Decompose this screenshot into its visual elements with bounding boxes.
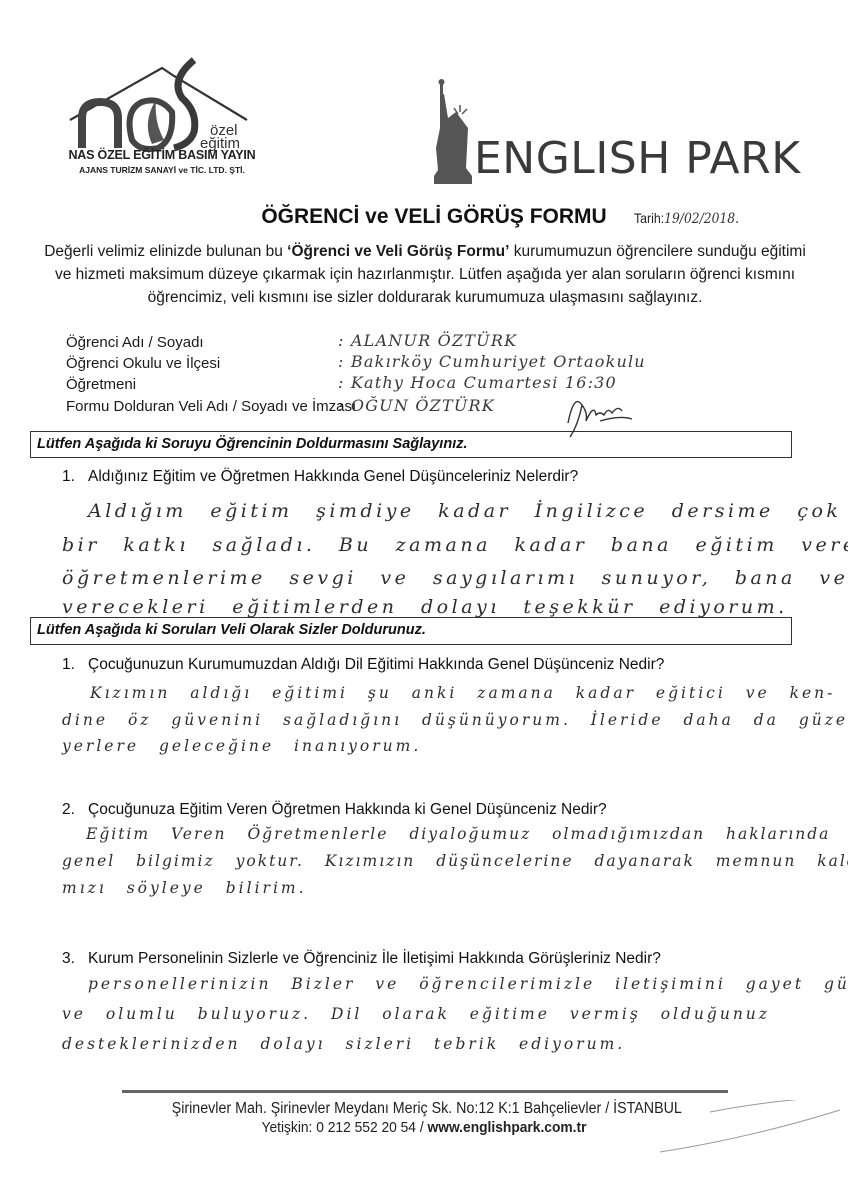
student-name-label: Öğrenci Adı / Soyadı bbox=[66, 334, 204, 351]
footer-divider bbox=[122, 1090, 728, 1093]
student-question-1: 1.Aldığınız Eğitim ve Öğretmen Hakkında … bbox=[62, 468, 578, 486]
question-text: Çocuğunuza Eğitim Veren Öğretmen Hakkınd… bbox=[88, 801, 607, 818]
date-value: 19/02/2018. bbox=[664, 211, 739, 227]
question-number: 1. bbox=[62, 468, 88, 486]
parent-answer-line: genel bilgimiz yoktur. Kızımızın düşünce… bbox=[62, 852, 802, 870]
student-answer-line: öğretmenlerime sevgi ve saygılarımı sunu… bbox=[62, 567, 802, 589]
student-name-value: : ALANUR ÖZTÜRK bbox=[338, 331, 517, 350]
company-subtitle: AJANS TURİZM SANAYİ ve TİC. LTD. ŞTİ. bbox=[62, 165, 262, 175]
parent-answer-line: desteklerinizden dolayı sizleri tebrik e… bbox=[62, 1035, 802, 1053]
student-school-value: : Bakırköy Cumhuriyet Ortaokulu bbox=[338, 352, 646, 371]
question-number: 2. bbox=[62, 801, 88, 819]
parent-question-2: 2.Çocuğunuza Eğitim Veren Öğretmen Hakkı… bbox=[62, 801, 607, 819]
company-name: NAS ÖZEL EĞİTİM BASIM YAYIN bbox=[62, 148, 262, 162]
question-text: Çocuğunuzun Kurumumuzdan Aldığı Dil Eğit… bbox=[88, 656, 664, 673]
teacher-label: Öğretmeni bbox=[66, 376, 136, 393]
parent-question-3: 3.Kurum Personelinin Sizlerle ve Öğrenci… bbox=[62, 950, 661, 968]
intro-form-name: ‘Öğrenci ve Veli Görüş Formu’ bbox=[287, 243, 509, 260]
intro-text: Değerli velimiz elinizde bulunan bu bbox=[44, 243, 287, 260]
parent-answer-line: mızı söyleye bilirim. bbox=[62, 879, 802, 897]
parent-name-label: Formu Dolduran Veli Adı / Soyadı ve İmza… bbox=[66, 398, 356, 415]
question-text: Aldığınız Eğitim ve Öğretmen Hakkında Ge… bbox=[88, 468, 578, 485]
date-field: Tarih:19/02/2018. bbox=[634, 210, 739, 227]
student-answer-line: Aldığım eğitim şimdiye kadar İngilizce d… bbox=[88, 500, 828, 522]
footer-phone: Yetişkin: 0 212 552 20 54 / bbox=[262, 1119, 428, 1136]
parent-answer-line: dine öz güvenini sağladığını düşünüyorum… bbox=[62, 711, 802, 729]
parent-answer-line: personellerinizin Bizler ve öğrencilerim… bbox=[88, 975, 828, 993]
parent-section-heading: Lütfen Aşağıda ki Soruları Veli Olarak S… bbox=[30, 617, 792, 645]
parent-name-value: : OĞUN ÖZTÜRK bbox=[338, 396, 495, 415]
parent-answer-line: ve olumlu buluyoruz. Dil olarak eğitime … bbox=[62, 1005, 802, 1023]
question-number: 1. bbox=[62, 656, 88, 674]
parent-answer-line: yerlere geleceğine inanıyorum. bbox=[62, 737, 802, 755]
brand-name: ENGLISH PARK bbox=[474, 133, 801, 184]
student-answer-line: bir katkı sağladı. Bu zamana kadar bana … bbox=[62, 534, 802, 556]
parent-answer-line: Kızımın aldığı eğitimi şu anki zamana ka… bbox=[90, 684, 830, 702]
student-section-heading: Lütfen Aşağıda ki Soruyu Öğrencinin Dold… bbox=[30, 431, 792, 458]
date-label: Tarih: bbox=[634, 210, 664, 226]
parent-answer-line: Eğitim Veren Öğretmenlerle diyaloğumuz o… bbox=[86, 825, 826, 843]
question-text: Kurum Personelinin Sizlerle ve Öğrencini… bbox=[88, 950, 661, 967]
intro-paragraph: Değerli velimiz elinizde bulunan bu ‘Öğr… bbox=[40, 240, 810, 309]
question-number: 3. bbox=[62, 950, 88, 968]
parent-question-1: 1.Çocuğunuzun Kurumumuzdan Aldığı Dil Eğ… bbox=[62, 656, 664, 674]
student-answer-line: verecekleri eğitimlerden dolayı teşekkür… bbox=[62, 596, 802, 618]
student-school-label: Öğrenci Okulu ve İlçesi bbox=[66, 355, 220, 372]
pen-stroke-mark bbox=[560, 1100, 848, 1160]
